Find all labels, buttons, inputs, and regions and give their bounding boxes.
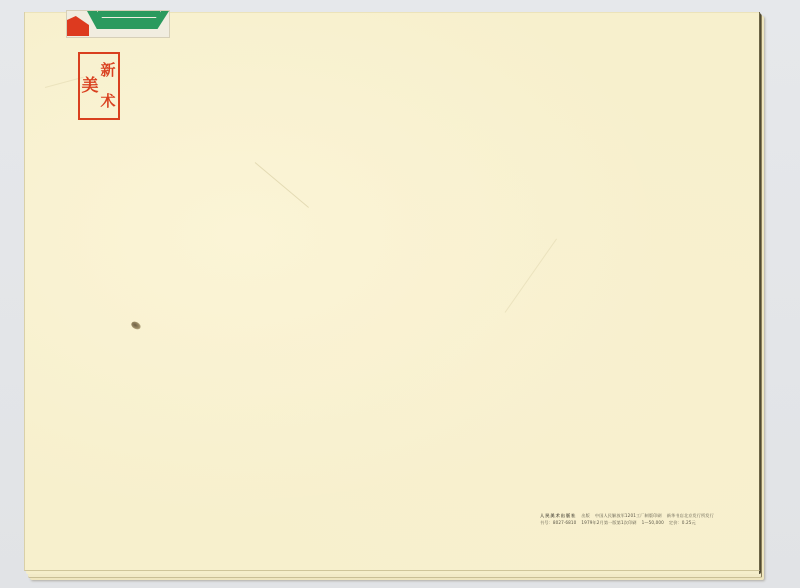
sticker-red-stripe-icon (67, 16, 89, 36)
edition: 1979年2月第一版第1次印刷 (581, 520, 636, 527)
sticker-outline-icon (97, 11, 161, 18)
print-run: 1—50,000 (642, 520, 664, 527)
price: 定价：0.25元 (669, 520, 696, 527)
seal-character: 术 (99, 86, 117, 117)
red-seal-stamp: 美 新 术 (78, 52, 120, 120)
folder-tab-sticker (66, 10, 170, 38)
paper-crease (505, 238, 557, 312)
seal-character: 美 (81, 55, 99, 117)
seal-character: 新 (99, 55, 117, 86)
colophon-line-2: 书号：8027·6810 1979年2月第一版第1次印刷 1—50,000 定价… (540, 520, 750, 527)
paper-crease (255, 162, 309, 208)
book-number: 书号：8027·6810 (540, 520, 576, 527)
colophon: 人民美术出版社 出版 中国人民解放军1201工厂制版印刷 新华书店北京发行所发行… (540, 513, 750, 526)
back-cover-sheet (24, 12, 760, 571)
